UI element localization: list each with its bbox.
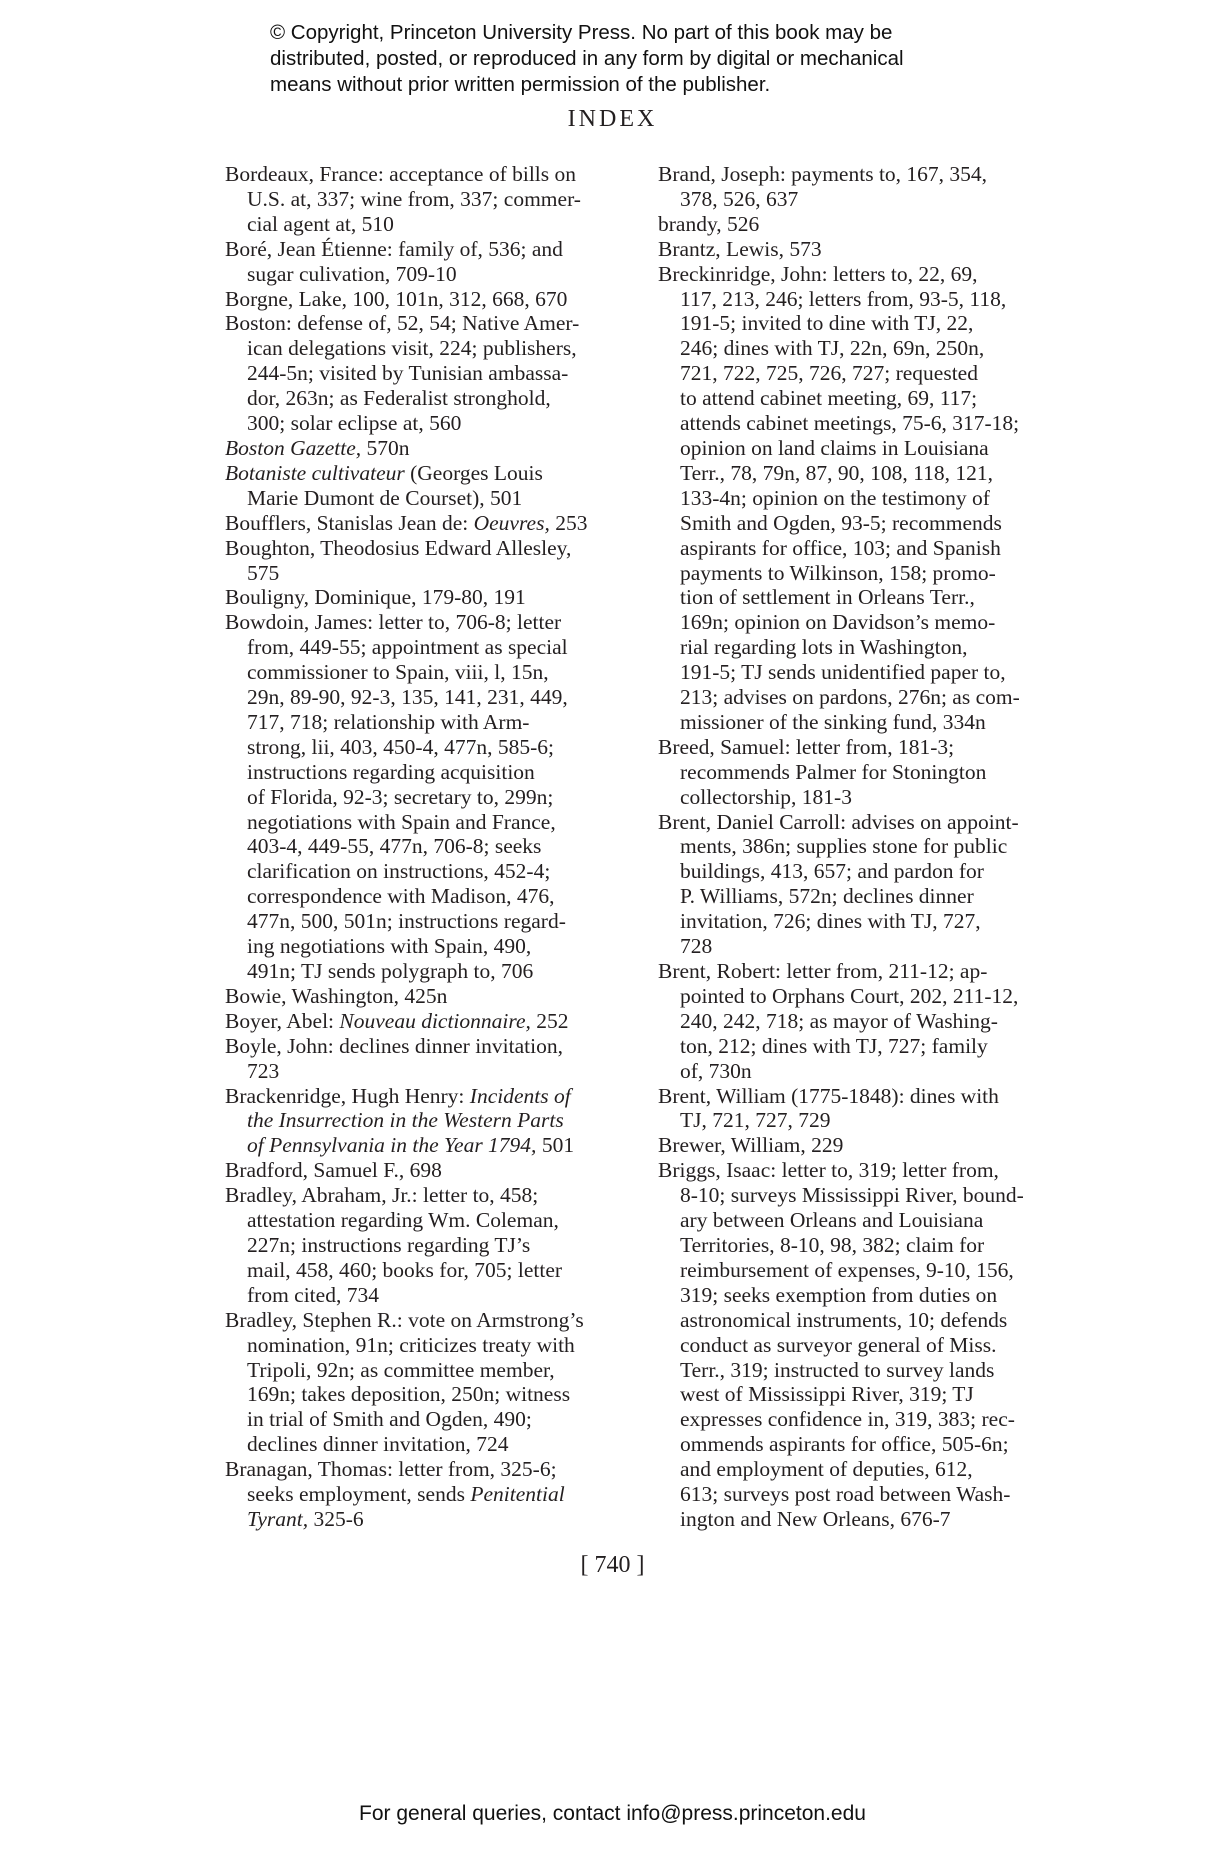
entry-continuation-line: opinion on land claims in Louisiana: [658, 436, 1068, 461]
entry-heading-line: Boré, Jean Étienne: family of, 536; and: [225, 237, 625, 262]
entry-continuation-line: conduct as surveyor general of Miss.: [658, 1333, 1068, 1358]
entry-heading-line: Boughton, Theodosius Edward Allesley,: [225, 536, 625, 561]
entry-continuation-line: instructions regarding acquisition: [225, 760, 625, 785]
entry-continuation-line: 403-4, 449-55, 477n, 706-8; seeks: [225, 834, 625, 859]
footer-contact: For general queries, contact info@press.…: [0, 1802, 1225, 1826]
entry-heading-line: Briggs, Isaac: letter to, 319; letter fr…: [658, 1158, 1068, 1183]
entry-continuation-line: 491n; TJ sends polygraph to, 706: [225, 959, 625, 984]
index-entry: Brent, Daniel Carroll: advises on appoin…: [658, 810, 1068, 959]
entry-heading-line: Borgne, Lake, 100, 101n, 312, 668, 670: [225, 287, 625, 312]
index-entry: Breed, Samuel: letter from, 181-3;recomm…: [658, 735, 1068, 810]
entry-continuation-line: and employment of deputies, 612,: [658, 1457, 1068, 1482]
entry-continuation-line: west of Mississippi River, 319; TJ: [658, 1382, 1068, 1407]
entry-continuation-line: the Insurrection in the Western Parts: [225, 1108, 625, 1133]
entry-heading-line: brandy, 526: [658, 212, 1068, 237]
copyright-line: means without prior written permission o…: [270, 72, 990, 98]
index-entry: Boyer, Abel: Nouveau dictionnaire, 252: [225, 1009, 625, 1034]
entry-continuation-line: from, 449-55; appointment as special: [225, 635, 625, 660]
index-entry: Boufflers, Stanislas Jean de: Oeuvres, 2…: [225, 511, 625, 536]
index-entry: Brewer, William, 229: [658, 1133, 1068, 1158]
index-entry: Bouligny, Dominique, 179-80, 191: [225, 585, 625, 610]
entry-heading-line: Brewer, William, 229: [658, 1133, 1068, 1158]
entry-continuation-line: recommends Palmer for Stonington: [658, 760, 1068, 785]
entry-continuation-line: 29n, 89-90, 92-3, 135, 141, 231, 449,: [225, 685, 625, 710]
entry-continuation-line: sugar culivation, 709-10: [225, 262, 625, 287]
page-number: [ 740 ]: [0, 1552, 1225, 1579]
index-entry: Botaniste cultivateur (Georges LouisMari…: [225, 461, 625, 511]
index-entry: Brand, Joseph: payments to, 167, 354,378…: [658, 162, 1068, 212]
entry-heading-line: Bowie, Washington, 425n: [225, 984, 625, 1009]
entry-continuation-line: 319; seeks exemption from duties on: [658, 1283, 1068, 1308]
index-column-right: Brand, Joseph: payments to, 167, 354,378…: [658, 162, 1068, 1532]
entry-continuation-line: 244-5n; visited by Tunisian ambassa-: [225, 361, 625, 386]
entry-continuation-line: 246; dines with TJ, 22n, 69n, 250n,: [658, 336, 1068, 361]
index-entry: brandy, 526: [658, 212, 1068, 237]
entry-continuation-line: mail, 458, 460; books for, 705; letter: [225, 1258, 625, 1283]
entry-continuation-line: 169n; opinion on Davidson’s memo-: [658, 610, 1068, 635]
entry-continuation-line: 613; surveys post road between Wash-: [658, 1482, 1068, 1507]
entry-continuation-line: Tripoli, 92n; as committee member,: [225, 1358, 625, 1383]
entry-continuation-line: Tyrant, 325-6: [225, 1507, 625, 1532]
entry-continuation-line: commissioner to Spain, viii, l, 15n,: [225, 660, 625, 685]
index-entry: Breckinridge, John: letters to, 22, 69,1…: [658, 262, 1068, 735]
index-entry: Branagan, Thomas: letter from, 325-6;see…: [225, 1457, 625, 1532]
entry-heading-line: Brantz, Lewis, 573: [658, 237, 1068, 262]
index-entry: Briggs, Isaac: letter to, 319; letter fr…: [658, 1158, 1068, 1532]
entry-continuation-line: in trial of Smith and Ogden, 490;: [225, 1407, 625, 1432]
copyright-notice: © Copyright, Princeton University Press.…: [270, 20, 990, 98]
index-entry: Bordeaux, France: acceptance of bills on…: [225, 162, 625, 237]
entry-continuation-line: collectorship, 181-3: [658, 785, 1068, 810]
entry-continuation-line: to attend cabinet meeting, 69, 117;: [658, 386, 1068, 411]
entry-continuation-line: clarification on instructions, 452-4;: [225, 859, 625, 884]
entry-heading-line: Brent, Daniel Carroll: advises on appoin…: [658, 810, 1068, 835]
entry-heading-line: Bowdoin, James: letter to, 706-8; letter: [225, 610, 625, 635]
entry-continuation-line: buildings, 413, 657; and pardon for: [658, 859, 1068, 884]
entry-continuation-line: Terr., 78, 79n, 87, 90, 108, 118, 121,: [658, 461, 1068, 486]
entry-continuation-line: tion of settlement in Orleans Terr.,: [658, 585, 1068, 610]
entry-continuation-line: ing negotiations with Spain, 490,: [225, 934, 625, 959]
entry-continuation-line: 378, 526, 637: [658, 187, 1068, 212]
entry-heading-line: Brand, Joseph: payments to, 167, 354,: [658, 162, 1068, 187]
entry-continuation-line: correspondence with Madison, 476,: [225, 884, 625, 909]
entry-continuation-line: negotiations with Spain and France,: [225, 810, 625, 835]
copyright-line: © Copyright, Princeton University Press.…: [270, 20, 990, 46]
entry-continuation-line: of Pennsylvania in the Year 1794, 501: [225, 1133, 625, 1158]
entry-continuation-line: dor, 263n; as Federalist stronghold,: [225, 386, 625, 411]
entry-continuation-line: invitation, 726; dines with TJ, 727,: [658, 909, 1068, 934]
entry-continuation-line: 191-5; invited to dine with TJ, 22,: [658, 311, 1068, 336]
index-entry: Bradley, Abraham, Jr.: letter to, 458;at…: [225, 1183, 625, 1308]
entry-continuation-line: 240, 242, 718; as mayor of Washing-: [658, 1009, 1068, 1034]
entry-continuation-line: 723: [225, 1059, 625, 1084]
index-entry: Borgne, Lake, 100, 101n, 312, 668, 670: [225, 287, 625, 312]
entry-heading-line: Breckinridge, John: letters to, 22, 69,: [658, 262, 1068, 287]
index-entry: Bradford, Samuel F., 698: [225, 1158, 625, 1183]
entry-continuation-line: 575: [225, 561, 625, 586]
entry-continuation-line: nomination, 91n; criticizes treaty with: [225, 1333, 625, 1358]
entry-continuation-line: missioner of the sinking fund, 334n: [658, 710, 1068, 735]
entry-heading-line: Brent, Robert: letter from, 211-12; ap-: [658, 959, 1068, 984]
entry-continuation-line: aspirants for office, 103; and Spanish: [658, 536, 1068, 561]
entry-continuation-line: ington and New Orleans, 676-7: [658, 1507, 1068, 1532]
entry-heading-line: Bouligny, Dominique, 179-80, 191: [225, 585, 625, 610]
entry-continuation-line: strong, lii, 403, 450-4, 477n, 585-6;: [225, 735, 625, 760]
index-entry: Brent, Robert: letter from, 211-12; ap-p…: [658, 959, 1068, 1084]
entry-continuation-line: of Florida, 92-3; secretary to, 299n;: [225, 785, 625, 810]
page-title: INDEX: [0, 106, 1225, 133]
entry-heading-line: Branagan, Thomas: letter from, 325-6;: [225, 1457, 625, 1482]
index-entry: Brackenridge, Hugh Henry: Incidents ofth…: [225, 1084, 625, 1159]
entry-continuation-line: P. Williams, 572n; declines dinner: [658, 884, 1068, 909]
entry-continuation-line: Smith and Ogden, 93-5; recommends: [658, 511, 1068, 536]
entry-continuation-line: TJ, 721, 727, 729: [658, 1108, 1068, 1133]
entry-continuation-line: U.S. at, 337; wine from, 337; commer-: [225, 187, 625, 212]
entry-continuation-line: of, 730n: [658, 1059, 1068, 1084]
entry-heading-line: Bordeaux, France: acceptance of bills on: [225, 162, 625, 187]
entry-continuation-line: seeks employment, sends Penitential: [225, 1482, 625, 1507]
entry-continuation-line: 227n; instructions regarding TJ’s: [225, 1233, 625, 1258]
entry-continuation-line: 191-5; TJ sends unidentified paper to,: [658, 660, 1068, 685]
entry-continuation-line: declines dinner invitation, 724: [225, 1432, 625, 1457]
index-entry: Bowie, Washington, 425n: [225, 984, 625, 1009]
index-entry: Brantz, Lewis, 573: [658, 237, 1068, 262]
entry-continuation-line: expresses confidence in, 319, 383; rec-: [658, 1407, 1068, 1432]
entry-continuation-line: payments to Wilkinson, 158; promo-: [658, 561, 1068, 586]
entry-heading-line: Brackenridge, Hugh Henry: Incidents of: [225, 1084, 625, 1109]
entry-continuation-line: Terr., 319; instructed to survey lands: [658, 1358, 1068, 1383]
entry-heading-line: Bradley, Abraham, Jr.: letter to, 458;: [225, 1183, 625, 1208]
entry-continuation-line: 717, 718; relationship with Arm-: [225, 710, 625, 735]
entry-continuation-line: ican delegations visit, 224; publishers,: [225, 336, 625, 361]
entry-continuation-line: 117, 213, 246; letters from, 93-5, 118,: [658, 287, 1068, 312]
entry-heading-line: Boyle, John: declines dinner invitation,: [225, 1034, 625, 1059]
entry-continuation-line: ton, 212; dines with TJ, 727; family: [658, 1034, 1068, 1059]
entry-continuation-line: 300; solar eclipse at, 560: [225, 411, 625, 436]
index-column-left: Bordeaux, France: acceptance of bills on…: [225, 162, 625, 1532]
entry-heading-line: Boston: defense of, 52, 54; Native Amer-: [225, 311, 625, 336]
entry-continuation-line: astronomical instruments, 10; defends: [658, 1308, 1068, 1333]
entry-continuation-line: Marie Dumont de Courset), 501: [225, 486, 625, 511]
index-entry: Boyle, John: declines dinner invitation,…: [225, 1034, 625, 1084]
index-entry: Bowdoin, James: letter to, 706-8; letter…: [225, 610, 625, 984]
entry-heading-line: Boston Gazette, 570n: [225, 436, 625, 461]
entry-continuation-line: pointed to Orphans Court, 202, 211-12,: [658, 984, 1068, 1009]
entry-continuation-line: 133-4n; opinion on the testimony of: [658, 486, 1068, 511]
entry-continuation-line: cial agent at, 510: [225, 212, 625, 237]
entry-continuation-line: 213; advises on pardons, 276n; as com-: [658, 685, 1068, 710]
index-entry: Boston: defense of, 52, 54; Native Amer-…: [225, 311, 625, 436]
index-entry: Boston Gazette, 570n: [225, 436, 625, 461]
entry-continuation-line: 169n; takes deposition, 250n; witness: [225, 1382, 625, 1407]
entry-heading-line: Boufflers, Stanislas Jean de: Oeuvres, 2…: [225, 511, 625, 536]
index-entry: Brent, William (1775-1848): dines withTJ…: [658, 1084, 1068, 1134]
entry-heading-line: Brent, William (1775-1848): dines with: [658, 1084, 1068, 1109]
index-entry: Bradley, Stephen R.: vote on Armstrong’s…: [225, 1308, 625, 1457]
copyright-line: distributed, posted, or reproduced in an…: [270, 46, 990, 72]
entry-continuation-line: from cited, 734: [225, 1283, 625, 1308]
entry-heading-line: Botaniste cultivateur (Georges Louis: [225, 461, 625, 486]
entry-continuation-line: 8-10; surveys Mississippi River, bound-: [658, 1183, 1068, 1208]
entry-continuation-line: Territories, 8-10, 98, 382; claim for: [658, 1233, 1068, 1258]
entry-continuation-line: ommends aspirants for office, 505-6n;: [658, 1432, 1068, 1457]
entry-heading-line: Bradley, Stephen R.: vote on Armstrong’s: [225, 1308, 625, 1333]
entry-continuation-line: 477n, 500, 501n; instructions regard-: [225, 909, 625, 934]
index-entry: Boughton, Theodosius Edward Allesley,575: [225, 536, 625, 586]
entry-continuation-line: rial regarding lots in Washington,: [658, 635, 1068, 660]
entry-heading-line: Bradford, Samuel F., 698: [225, 1158, 625, 1183]
entry-continuation-line: 728: [658, 934, 1068, 959]
entry-continuation-line: ments, 386n; supplies stone for public: [658, 834, 1068, 859]
index-entry: Boré, Jean Étienne: family of, 536; ands…: [225, 237, 625, 287]
entry-continuation-line: ary between Orleans and Louisiana: [658, 1208, 1068, 1233]
entry-heading-line: Breed, Samuel: letter from, 181-3;: [658, 735, 1068, 760]
entry-continuation-line: 721, 722, 725, 726, 727; requested: [658, 361, 1068, 386]
entry-continuation-line: attends cabinet meetings, 75-6, 317-18;: [658, 411, 1068, 436]
entry-continuation-line: reimbursement of expenses, 9-10, 156,: [658, 1258, 1068, 1283]
entry-continuation-line: attestation regarding Wm. Coleman,: [225, 1208, 625, 1233]
entry-heading-line: Boyer, Abel: Nouveau dictionnaire, 252: [225, 1009, 625, 1034]
